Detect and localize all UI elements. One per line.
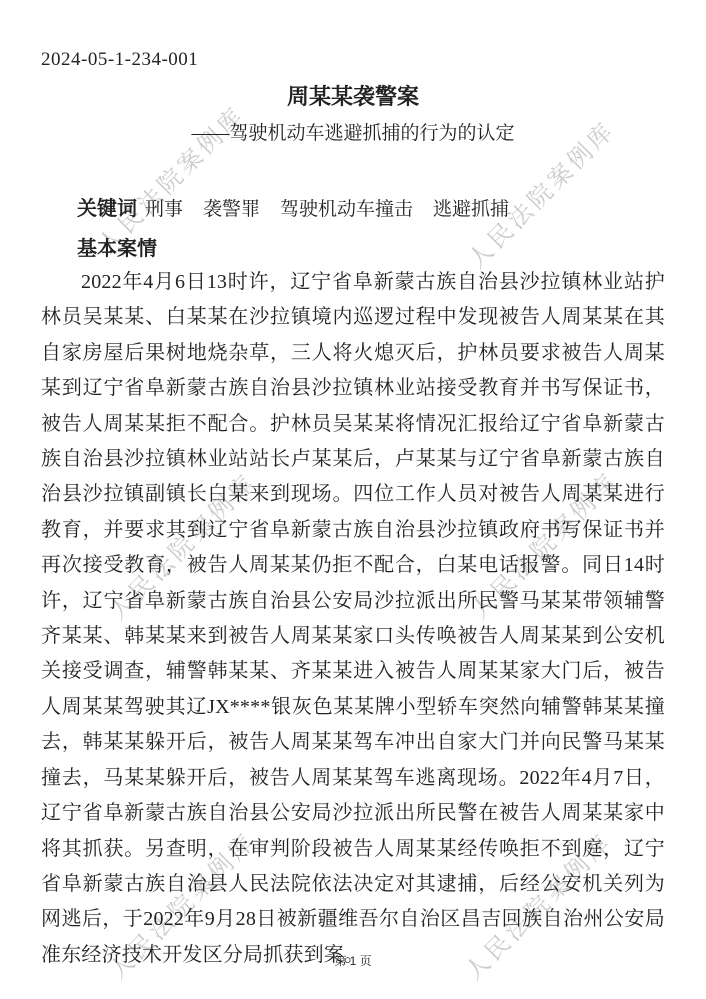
keyword-item: 刑事 [145,199,183,220]
document-content: 2024-05-1-234-001 周某某袭警案 ——驾驶机动车逃避抓捕的行为的… [0,0,706,999]
case-subtitle: ——驾驶机动车逃避抓捕的行为的认定 [41,122,665,146]
section-heading-basic-facts: 基本案情 [41,236,665,262]
keyword-item: 袭警罪 [203,199,260,220]
keywords-line: 关键词刑事袭警罪驾驶机动车撞击逃避抓捕 [41,196,665,223]
basic-facts-paragraph: 2022年4月6日13时许，辽宁省阜新蒙古族自治县沙拉镇林业站护林员吴某某、白某… [41,265,665,973]
keywords-label: 关键词 [77,198,137,220]
keyword-item: 驾驶机动车撞击 [280,199,413,220]
case-title: 周某某袭警案 [41,84,665,110]
case-number: 2024-05-1-234-001 [41,48,665,72]
keyword-item: 逃避抓捕 [433,199,509,220]
document-page: 人民法院案例库 人民法院案例库 人民法院案例库 人民法院案例库 人民法院案例库 … [0,0,706,999]
page-number-footer: 第 1 页 [0,952,706,969]
